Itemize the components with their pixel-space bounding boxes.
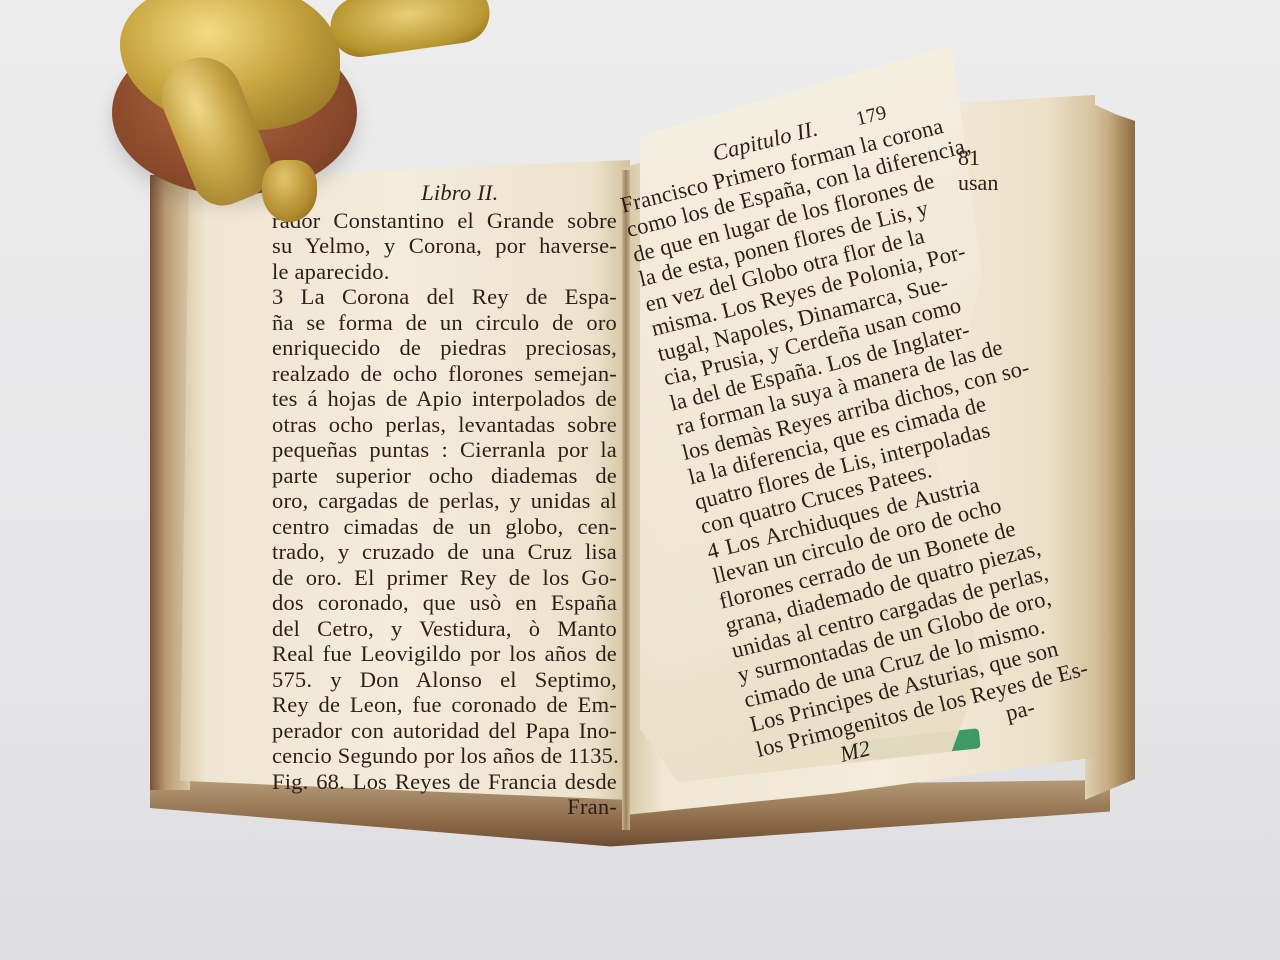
cherub-figurine-arm bbox=[327, 0, 494, 61]
photo-scene: 81 usan 178 Libro II. rador Constantino … bbox=[0, 0, 1280, 960]
text-line: enriquecido de piedras preciosas, bbox=[272, 335, 617, 361]
text-line: tes á hojas de Apio interpolados de bbox=[272, 386, 617, 412]
text-line: le aparecido. bbox=[272, 259, 617, 285]
text-line: Fig. 68. Los Reyes de Francia desde bbox=[272, 769, 617, 795]
text-line: dos coronado, que usò en España bbox=[272, 590, 617, 616]
text-line: trado, y cruzado de una Cruz lisa bbox=[272, 539, 617, 565]
text-line: Real fue Leovigildo por los años de bbox=[272, 641, 617, 667]
text-line: rador Constantino el Grande sobre bbox=[272, 208, 617, 234]
underlying-word: usan bbox=[958, 170, 998, 195]
catchword: Fran- bbox=[272, 794, 617, 820]
text-line: ña se forma de un circulo de oro bbox=[272, 310, 617, 336]
text-line: de oro. El primer Rey de los Go- bbox=[272, 565, 617, 591]
text-line: su Yelmo, y Corona, por haverse- bbox=[272, 233, 617, 259]
text-line: perador con autoridad del Papa Ino- bbox=[272, 718, 617, 744]
cherub-figurine-foot bbox=[262, 160, 317, 222]
text-line: cencio Segundo por los años de 1135. bbox=[272, 743, 617, 769]
text-line: 3 La Corona del Rey de Espa- bbox=[272, 284, 617, 310]
text-line: Rey de Leon, fue coronado de Em- bbox=[272, 692, 617, 718]
left-page-text: 178 Libro II. rador Constantino el Grand… bbox=[272, 180, 617, 820]
book-gutter bbox=[622, 170, 630, 830]
left-page-header: 178 Libro II. bbox=[272, 180, 617, 208]
text-line: pequeñas puntas : Cierranla por la bbox=[272, 437, 617, 463]
text-line: centro cimadas de un globo, cen- bbox=[272, 514, 617, 540]
running-head: Libro II. bbox=[421, 180, 498, 206]
text-line: realzado de ocho florones semejan- bbox=[272, 361, 617, 387]
text-line: otras ocho perlas, levantadas sobre bbox=[272, 412, 617, 438]
text-line: parte superior ocho diademas de bbox=[272, 463, 617, 489]
text-line: oro, cargadas de perlas, y unidas al bbox=[272, 488, 617, 514]
text-line: 575. y Don Alonso el Septimo, bbox=[272, 667, 617, 693]
text-line: del Cetro, y Vestidura, ò Manto bbox=[272, 616, 617, 642]
